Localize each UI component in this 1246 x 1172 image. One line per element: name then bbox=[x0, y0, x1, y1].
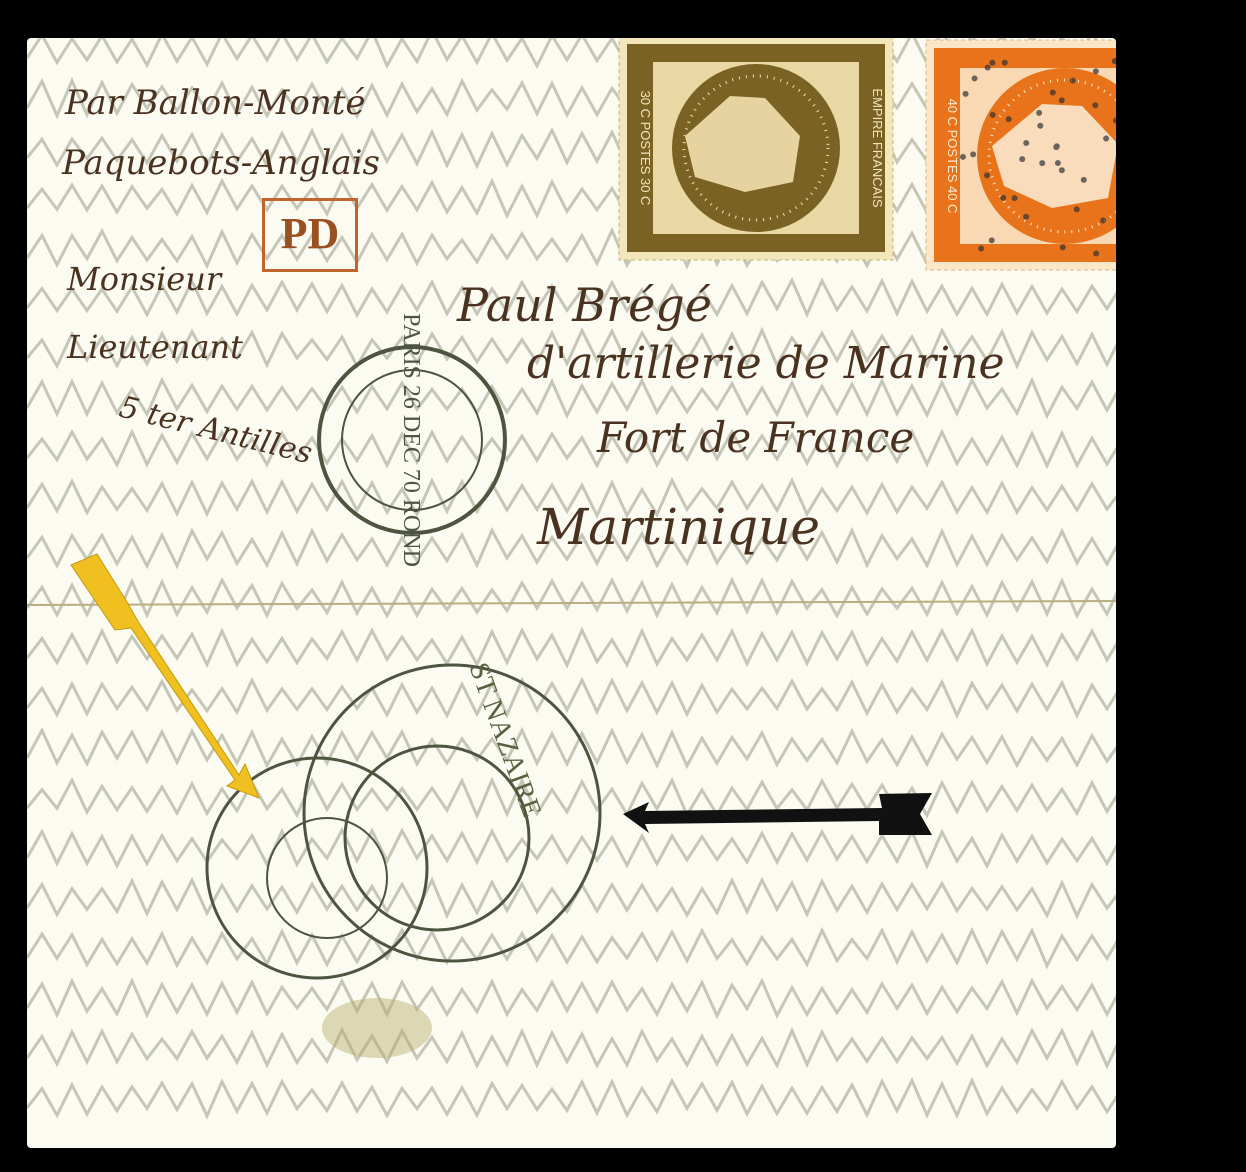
svg-text:40 C POSTES 40 C: 40 C POSTES 40 C bbox=[945, 99, 960, 214]
address-country: Martinique bbox=[537, 498, 820, 556]
routing-note-line1: Par Ballon-Monté bbox=[65, 83, 366, 123]
address-rank: Lieutenant bbox=[67, 328, 243, 366]
svg-text:30 C POSTES 30 C: 30 C POSTES 30 C bbox=[638, 91, 653, 206]
address-salutation: Monsieur bbox=[67, 260, 221, 298]
address-name: Paul Brégé bbox=[457, 278, 712, 332]
address-unit: d'artillerie de Marine bbox=[527, 338, 1005, 389]
routing-note-line2: Paquebots-Anglais bbox=[62, 143, 380, 183]
pd-paid-mark: PD bbox=[262, 198, 358, 272]
stamp-republique-40c: 40 C POSTES 40 C REPUB. FRANC. bbox=[922, 38, 1116, 274]
svg-text:EMPIRE FRANCAIS: EMPIRE FRANCAIS bbox=[870, 88, 885, 208]
stamp-empire-30c: 30 C POSTES 30 C EMPIRE FRANCAIS bbox=[615, 38, 897, 264]
postal-cover: 30 C POSTES 30 C EMPIRE FRANCAIS 40 C PO… bbox=[27, 38, 1116, 1148]
address-city: Fort de France bbox=[597, 413, 914, 462]
